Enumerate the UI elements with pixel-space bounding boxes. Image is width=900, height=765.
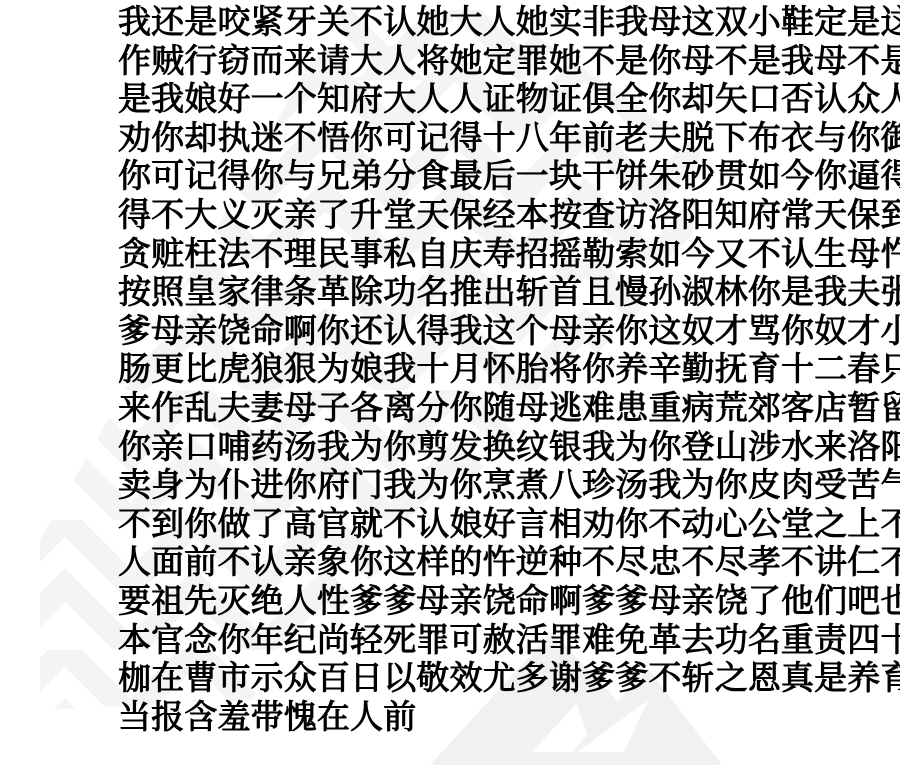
text-line: 枷在曹市示众百日以敬效尤多谢爹爹不斩之恩真是养育之恩儿 [118, 660, 884, 699]
text-line: 肠更比虎狼狠为娘我十月怀胎将你养辛勤抚育十二春只为金兵 [118, 351, 884, 390]
text-line: 贪赃枉法不理民事私自庆寿招摇勒索如今又不认生母忤逆不孝 [118, 236, 884, 275]
text-line: 我还是咬紧牙关不认她大人她实非我母这双小鞋定是这老乞婆 [118, 4, 884, 43]
text-line: 你可记得你与兄弟分食最后一块干饼朱砂贯如今你逼得老夫不 [118, 158, 884, 197]
text-line: 劝你却执迷不悟你可记得十八年前老夫脱下布衣与你御过风寒 [118, 120, 884, 159]
text-line: 得不大义灭亲了升堂天保经本按查访洛阳知府常天保到任以来 [118, 197, 884, 236]
text-line: 不到你做了高官就不认娘好言相劝你不动心公堂之上不服法亲 [118, 506, 884, 545]
text-line: 人面前不认亲象你这样的忤逆种不尽忠不尽孝不讲仁不讲义不 [118, 544, 884, 583]
transcript-text: 我还是咬紧牙关不认她大人她实非我母这双小鞋定是这老乞婆 作贼行窃而来请大人将她定… [118, 4, 884, 737]
text-line: 是我娘好一个知府大人人证物证俱全你却矢口否认众人苦苦相 [118, 81, 884, 120]
text-line: 要祖先灭绝人性爹爹母亲饶命啊爹爹母亲饶了他们吧也罢天保 [118, 583, 884, 622]
text-line: 来作乱夫妻母子各离分你随母逃难患重病荒郊客店暂留身我为 [118, 390, 884, 429]
page: 我还是咬紧牙关不认她大人她实非我母这双小鞋定是这老乞婆 作贼行窃而来请大人将她定… [0, 0, 900, 765]
text-line: 作贼行窃而来请大人将她定罪她不是你母不是我母不是你娘不 [118, 43, 884, 82]
text-line: 卖身为仆进你府门我为你烹煮八珍汤我为你皮肉受苦气受尽想 [118, 467, 884, 506]
text-line: 爹母亲饶命啊你还认得我这个母亲你这奴才骂你奴才小畜生心 [118, 313, 884, 352]
text-line: 你亲口哺药汤我为你剪发换纹银我为你登山涉水来洛阳我为你 [118, 429, 884, 468]
text-line: 本官念你年纪尚轻死罪可赦活罪难免革去功名重责四十戴上长 [118, 622, 884, 661]
text-line: 按照皇家律条革除功名推出斩首且慢孙淑林你是我夫张文达爹 [118, 274, 884, 313]
text-line: 当报含羞带愧在人前 [118, 699, 884, 738]
